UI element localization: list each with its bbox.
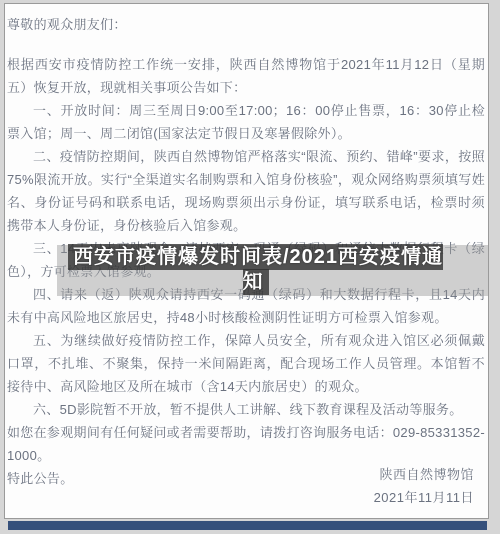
intro-paragraph: 根据西安市疫情防控工作统一安排，陕西自然博物馆于2021年11月12日（星期五）… [7,53,485,99]
caption-title: 西安市疫情爆发时间表/2021西安疫情通知 [68,244,443,295]
help-line: 如您在参观期间有任何疑问或者需要帮助，请拨打咨询服务电话：029-8533135… [7,421,485,467]
bottom-accent-bar [8,521,487,530]
notice-item-1: 一、开放时间：周三至周日9:00至17:00；16：00停止售票，16：30停止… [7,99,485,145]
signature-block: 陕西自然博物馆 2021年11月11日 [374,463,474,509]
caption-overlay: 西安市疫情爆发时间表/2021西安疫情通知 [57,245,488,296]
notice-item-2: 二、疫情防控期间，陕西自然博物馆严格落实“限流、预约、错峰”要求，按照75%限流… [7,145,485,237]
notice-item-6: 六、5D影院暂不开放，暂不提供人工讲解、线下教育课程及活动等服务。 [7,398,485,421]
notice-item-5: 五、为继续做好疫情防控工作，保障人员安全，所有观众进入馆区必须佩戴口罩，不扎堆、… [7,329,485,398]
signature-org: 陕西自然博物馆 [374,463,474,486]
signature-date: 2021年11月11日 [374,486,474,509]
greeting-line: 尊敬的观众朋友们： [7,13,485,36]
